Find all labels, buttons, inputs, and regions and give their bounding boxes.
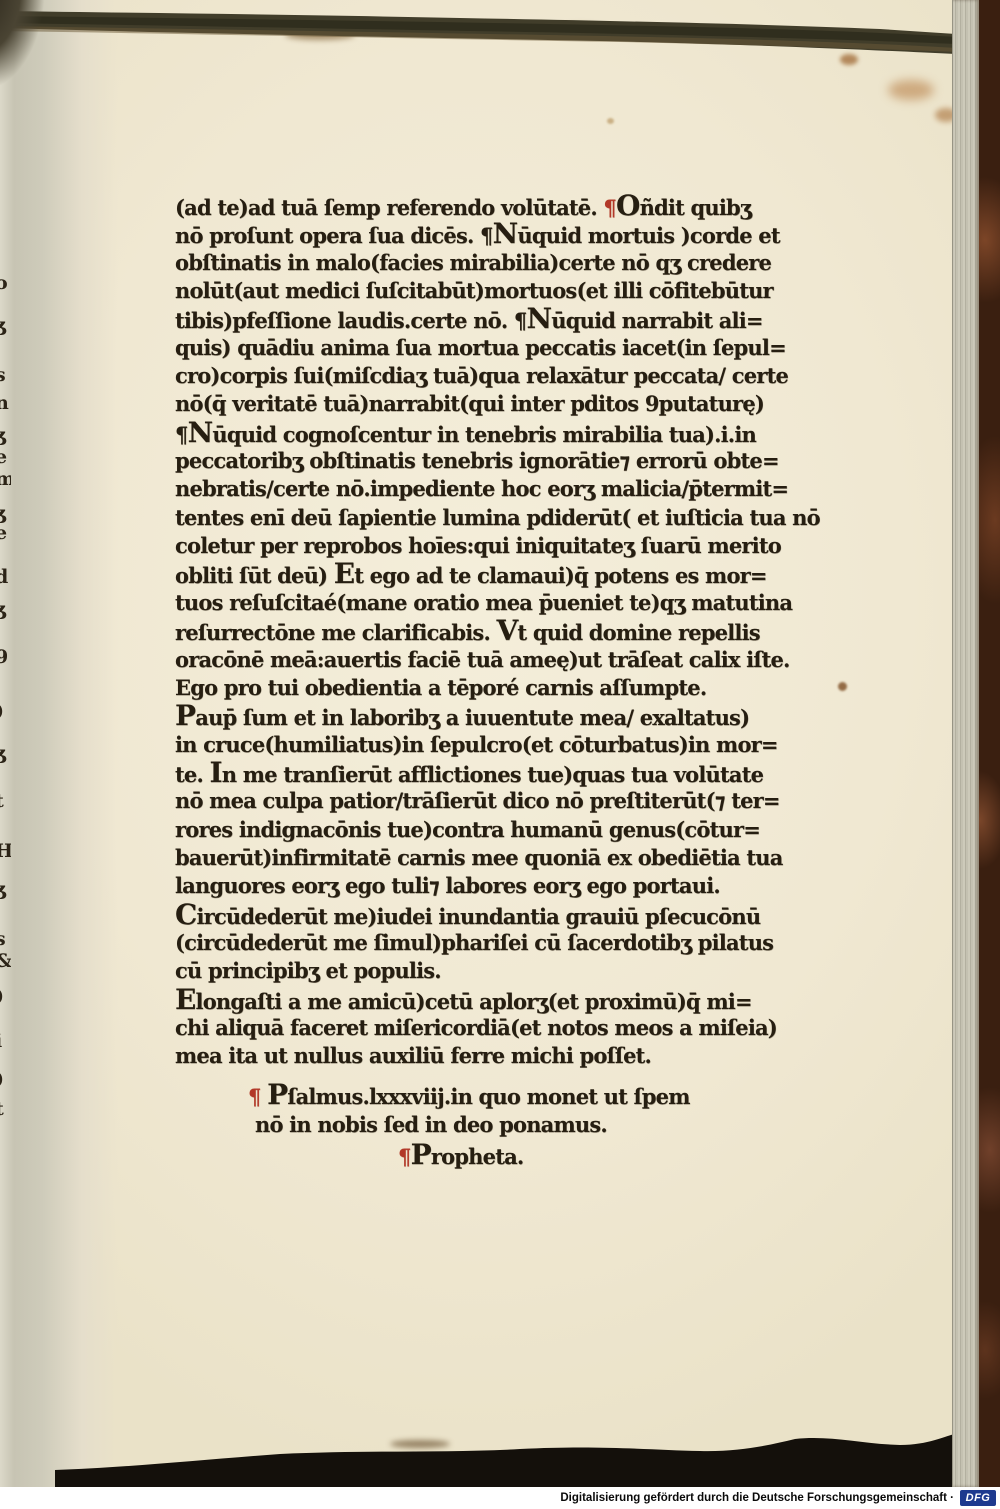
text-segment: nō proſunt opera ſua dicēs. ¶ [175, 223, 493, 248]
text-segment: ¶ [175, 422, 188, 447]
foxing-stain [285, 30, 355, 40]
text-segment: nō(q̄ veritatē tuā)narrabit(qui inter pd… [175, 391, 764, 416]
gutter-text-fragment: ) [0, 700, 11, 722]
gutter-text-fragment: e [0, 522, 11, 544]
text-line: chi aliquā faceret miſericordiā(et notos… [175, 1014, 815, 1042]
text-line: nō mea culpa patior/trāſierūt dico nō pr… [175, 787, 815, 815]
gutter-text-fragment: m [0, 468, 11, 490]
text-segment: nolūt(aut medici ſuſcitabūt)mortuos(et i… [175, 278, 773, 303]
text-segment: C [175, 898, 197, 931]
text-line: ¶Propheta. [398, 1140, 808, 1170]
text-segment: (circūdederūt me ſimul)phariſei cū ſacer… [175, 930, 773, 955]
text-line: Circūdederūt me)iudei inundantia grauiū … [175, 901, 815, 929]
text-segment: bauerūt)infirmitatē carnis mee quoniā ex… [175, 845, 783, 870]
gutter-text-fragment: s [0, 364, 11, 386]
text-line: Ego pro tui obedientia a tēporé carnis a… [175, 674, 815, 702]
gutter-text-fragment: ʒ [0, 502, 11, 524]
text-line: languores eorʒ ego tuli⁊ labores eorʒ eg… [175, 872, 815, 900]
page-edge-stack [952, 0, 979, 1487]
text-line: nō in nobis ſed in deo ponamus. [255, 1110, 808, 1140]
gutter-text-fragment: s [0, 928, 11, 950]
text-segment: oracōnē meā:auertis faciē tuā ameę)ut tr… [175, 647, 790, 672]
gutter-text-fragment: n [0, 392, 11, 414]
text-segment: N [526, 302, 551, 335]
text-segment: (ad te)ad tuā ſemp referendo volūtatē. [175, 195, 603, 220]
foxing-stain [560, 24, 600, 32]
text-segment: ſalmus.lxxxviij.in quo monet ut ſpem [287, 1084, 689, 1109]
text-segment: cro)corpis ſui(miſcdiaʒ tuā)qua relaxātu… [175, 363, 788, 388]
book-page: oʒsnʒemʒedʒ9)ʒtHʒs&)i)t (ad te)ad tuā ſe… [0, 0, 956, 1487]
text-line: te. In me tranſierūt afflictiones tue)qu… [175, 759, 815, 787]
text-segment: obliti ſūt deū) [175, 563, 334, 588]
text-segment: Ego pro tui obedientia a tēporé carnis a… [175, 675, 706, 700]
text-line: obliti ſūt deū) Et ego ad te clamaui)q̄ … [175, 560, 815, 588]
text-line: cū principibʒ et populis. [175, 957, 815, 985]
text-line: cro)corpis ſui(miſcdiaʒ tuā)qua relaxātu… [175, 362, 815, 390]
gutter-text-fragment: ʒ [0, 598, 11, 620]
foxing-stain [888, 80, 934, 100]
text-segment: E [175, 983, 196, 1016]
text-block: (ad te)ad tuā ſemp referendo volūtatē. ¶… [175, 192, 815, 1071]
foxing-stain [840, 54, 858, 65]
text-segment: ñdit quibʒ [640, 195, 751, 220]
text-line: nō(q̄ veritatē tuā)narrabit(qui inter pd… [175, 390, 815, 418]
text-segment: n me tranſierūt afflictiones tue)quas tu… [222, 762, 763, 787]
text-line: bauerūt)infirmitatē carnis mee quoniā ex… [175, 844, 815, 872]
text-line: oracōnē meā:auertis faciē tuā ameę)ut tr… [175, 646, 815, 674]
text-line: tibis)pfeſſione laudis.certe nō. ¶Nūquid… [175, 305, 815, 333]
text-line: mea ita ut nullus auxiliū ferre michi po… [175, 1042, 815, 1070]
colophon-block: ¶ Pſalmus.lxxxviij.in quo monet ut ſpemn… [248, 1080, 808, 1170]
gutter-text-fragment: d [0, 566, 11, 588]
text-segment: t ego ad te clamaui)q̄ potens es mor= [354, 563, 766, 588]
text-segment: O [616, 189, 640, 222]
text-segment: N [493, 217, 518, 250]
text-line: (ad te)ad tuā ſemp referendo volūtatē. ¶… [175, 192, 815, 220]
text-segment: reſurrectōne me clarificabis. [175, 620, 496, 645]
text-segment: P [267, 1078, 287, 1111]
text-segment: tuos reſuſcitaé(mane oratio mea p̄ueniet… [175, 590, 792, 615]
text-segment: N [188, 416, 213, 449]
gutter-text-fragment: ʒ [0, 878, 11, 900]
text-segment: quis) quādiu anima ſua mortua peccatis i… [175, 335, 786, 360]
foxing-stain [838, 682, 847, 691]
rubric-mark: ¶ [248, 1084, 267, 1109]
text-line: nebratis/certe nō.impediente hoc eorʒ ma… [175, 475, 815, 503]
text-segment: ūquid mortuis )corde et [517, 223, 779, 248]
text-segment: tentes enī deū ſapientie lumina pdiderūt… [175, 505, 820, 530]
text-segment: t quid domine repellis [517, 620, 759, 645]
text-line: Paup̄ ſum et in laboribʒ a iuuentute mea… [175, 702, 815, 730]
text-segment: longaſti a me amicū)cetū aplorʒ(et proxi… [196, 989, 752, 1014]
gutter-text-fragment: i [0, 1030, 11, 1052]
gutter-text-fragment: e [0, 446, 11, 468]
text-segment: P [411, 1138, 431, 1171]
gutter-text-fragment: t [0, 790, 11, 812]
text-line: peccatoribʒ obſtinatis tenebris ignorāti… [175, 447, 815, 475]
text-segment: obſtinatis in malo(facies mirabilia)cert… [175, 250, 771, 275]
text-line: nō proſunt opera ſua dicēs. ¶Nūquid mort… [175, 220, 815, 248]
text-line: coletur per reprobos hoīes:qui iniquitat… [175, 532, 815, 560]
text-segment: chi aliquā faceret miſericordiā(et notos… [175, 1015, 777, 1040]
rubric-mark: ¶ [398, 1144, 411, 1169]
text-line: nolūt(aut medici ſuſcitabūt)mortuos(et i… [175, 277, 815, 305]
text-line: quis) quādiu anima ſua mortua peccatis i… [175, 334, 815, 362]
foxing-stain [607, 118, 614, 124]
text-segment: in cruce(humiliatus)in ſepulcro(et cōtur… [175, 732, 778, 757]
gutter-text-fragment: ʒ [0, 314, 11, 336]
text-segment: ropheta. [431, 1144, 524, 1169]
text-segment: ūquid narrabit ali= [551, 308, 762, 333]
gutter-text-fragment: ) [0, 985, 11, 1007]
gutter-text-fragment: 9 [0, 646, 11, 668]
text-line: rores indignacōnis tue)contra humanū gen… [175, 816, 815, 844]
gutter-text-fragment: & [0, 950, 11, 972]
text-line: in cruce(humiliatus)in ſepulcro(et cōtur… [175, 731, 815, 759]
text-segment: mea ita ut nullus auxiliū ferre michi po… [175, 1043, 651, 1068]
text-segment: cū principibʒ et populis. [175, 958, 441, 983]
text-line: reſurrectōne me clarificabis. Vt quid do… [175, 617, 815, 645]
attribution-text: Digitalisierung gefördert durch die Deut… [560, 1492, 954, 1504]
text-segment: te. [175, 762, 209, 787]
text-segment: nō mea culpa patior/trāſierūt dico nō pr… [175, 788, 780, 813]
text-line: tuos reſuſcitaé(mane oratio mea p̄ueniet… [175, 589, 815, 617]
gutter-text-fragment: t [0, 1098, 11, 1120]
gutter-text-fragment: ʒ [0, 742, 11, 764]
text-segment: languores eorʒ ego tuli⁊ labores eorʒ eg… [175, 873, 720, 898]
foxing-stain [390, 1440, 450, 1448]
text-line: Elongaſti a me amicū)cetū aplorʒ(et prox… [175, 986, 815, 1014]
text-line: obſtinatis in malo(facies mirabilia)cert… [175, 249, 815, 277]
text-segment: I [209, 756, 221, 789]
gutter-shadow [0, 0, 120, 1487]
text-segment: nō in nobis ſed in deo ponamus. [255, 1112, 607, 1137]
text-segment: aup̄ ſum et in laboribʒ a iuuentute mea/… [195, 705, 749, 730]
text-segment: V [496, 614, 517, 647]
text-segment: rores indignacōnis tue)contra humanū gen… [175, 817, 760, 842]
digitization-footer: Digitalisierung gefördert durch die Deut… [0, 1487, 1000, 1509]
gutter-text-fragment: ʒ [0, 424, 11, 446]
text-segment: ircūdederūt me)iudei inundantia grauiū p… [197, 904, 761, 929]
text-line: (circūdederūt me ſimul)phariſei cū ſacer… [175, 929, 815, 957]
dfg-logo: DFG [960, 1490, 996, 1506]
text-segment: ūquid cognoſcentur in tenebris mirabilia… [212, 422, 756, 447]
text-segment: nebratis/certe nō.impediente hoc eorʒ ma… [175, 476, 788, 501]
text-line: ¶Nūquid cognoſcentur in tenebris mirabil… [175, 419, 815, 447]
text-line: ¶ Pſalmus.lxxxviij.in quo monet ut ſpem [248, 1080, 808, 1110]
text-segment: peccatoribʒ obſtinatis tenebris ignorāti… [175, 448, 779, 473]
text-segment: E [334, 557, 355, 590]
gutter-text-fragment: o [0, 272, 11, 294]
text-segment: tibis)pfeſſione laudis.certe nō. ¶ [175, 308, 526, 333]
text-segment: coletur per reprobos hoīes:qui iniquitat… [175, 533, 781, 558]
gutter-text-fragment: ) [0, 1068, 11, 1090]
text-line: tentes enī deū ſapientie lumina pdiderūt… [175, 504, 815, 532]
spine-corner [0, 0, 70, 150]
gutter-text-fragment: H [0, 840, 11, 862]
text-segment: P [175, 699, 195, 732]
rubric-mark: ¶ [603, 195, 616, 220]
